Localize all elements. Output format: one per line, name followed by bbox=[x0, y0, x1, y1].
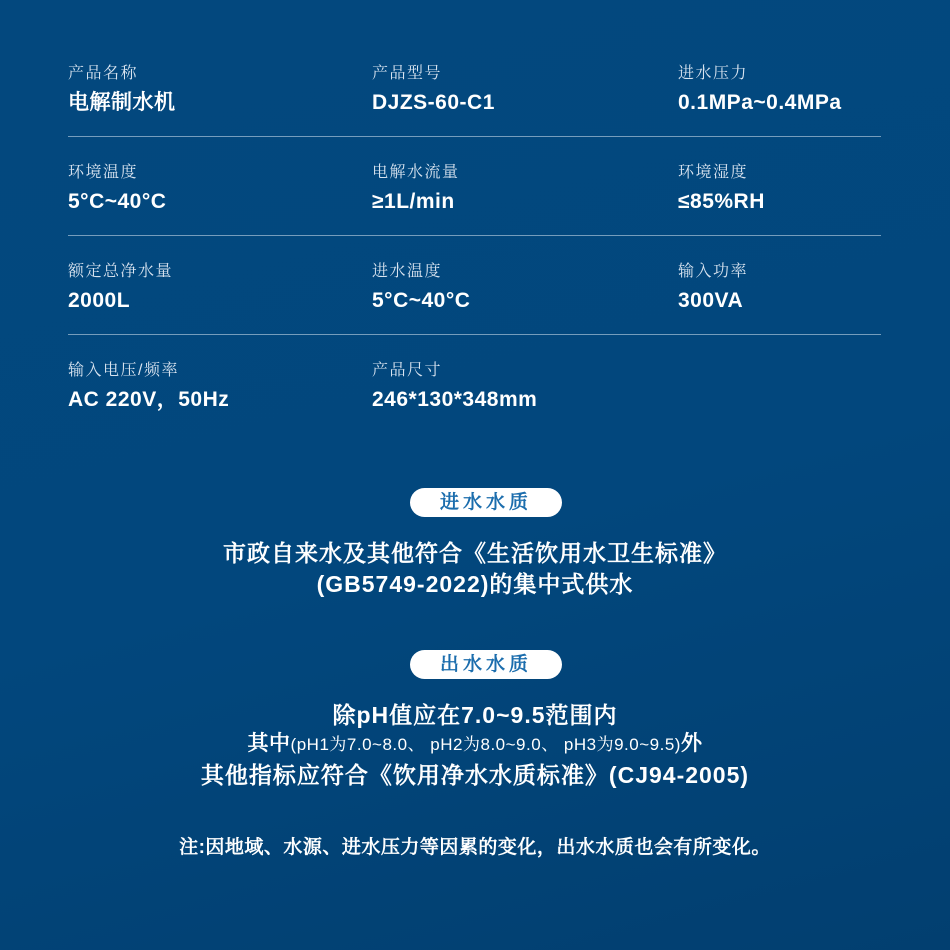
outlet-text-line2: 其中(pH1为7.0~8.0、 pH2为8.0~9.0、 pH3为9.0~9.5… bbox=[0, 730, 950, 760]
spec-cell-input-voltage-frequency: 输入电压/频率 AC 220V，50Hz bbox=[68, 361, 372, 413]
inlet-text-line2: (GB5749-2022)的集中式供水 bbox=[0, 569, 950, 600]
spec-cell-inlet-temperature: 进水温度 5°C~40°C bbox=[372, 262, 678, 314]
spec-value: 0.1MPa~0.4MPa bbox=[678, 90, 881, 116]
spec-value: 246*130*348mm bbox=[372, 387, 678, 413]
outlet-text-line1: 除pH值应在7.0~9.5范围内 bbox=[0, 700, 950, 730]
outlet-water-quality-badge: 出水水质 bbox=[410, 650, 562, 679]
spec-value: 300VA bbox=[678, 288, 881, 314]
spec-label: 额定总净水量 bbox=[68, 262, 372, 282]
spec-row: 输入电压/频率 AC 220V，50Hz 产品尺寸 246*130*348mm bbox=[68, 335, 881, 433]
spec-cell-rated-total-capacity: 额定总净水量 2000L bbox=[68, 262, 372, 314]
spec-cell-ambient-temperature: 环境温度 5°C~40°C bbox=[68, 163, 372, 215]
spec-label: 环境湿度 bbox=[678, 163, 881, 183]
spec-label: 输入功率 bbox=[678, 262, 881, 282]
spec-cell-inlet-pressure: 进水压力 0.1MPa~0.4MPa bbox=[678, 64, 881, 116]
spec-label: 电解水流量 bbox=[372, 163, 678, 183]
spec-value: ≥1L/min bbox=[372, 189, 678, 215]
spec-row: 产品名称 电解制水机 产品型号 DJZS-60-C1 进水压力 0.1MPa~0… bbox=[68, 0, 881, 137]
footnote: 注:因地域、水源、进水压力等因累的变化，出水水质也会有所变化。 bbox=[0, 835, 950, 861]
spec-cell-ambient-humidity: 环境湿度 ≤85%RH bbox=[678, 163, 881, 215]
spec-cell-product-dimensions: 产品尺寸 246*130*348mm bbox=[372, 361, 678, 413]
spec-value: 电解制水机 bbox=[68, 90, 372, 116]
outlet-water-quality-text: 除pH值应在7.0~9.5范围内 其中(pH1为7.0~8.0、 pH2为8.0… bbox=[0, 700, 950, 790]
spec-value: ≤85%RH bbox=[678, 189, 881, 215]
spec-value: DJZS-60-C1 bbox=[372, 90, 678, 116]
spec-label: 环境温度 bbox=[68, 163, 372, 183]
spec-cell-empty bbox=[678, 361, 881, 413]
spec-value: AC 220V，50Hz bbox=[68, 387, 372, 413]
spec-cell-product-name: 产品名称 电解制水机 bbox=[68, 64, 372, 116]
inlet-water-quality-text: 市政自来水及其他符合《生活饮用水卫生标准》 (GB5749-2022)的集中式供… bbox=[0, 538, 950, 600]
outlet-line2-detail: (pH1为7.0~8.0、 pH2为8.0~9.0、 pH3为9.0~9.5) bbox=[291, 735, 681, 754]
spec-cell-electrolyzed-flow: 电解水流量 ≥1L/min bbox=[372, 163, 678, 215]
spec-value: 5°C~40°C bbox=[372, 288, 678, 314]
spec-row: 环境温度 5°C~40°C 电解水流量 ≥1L/min 环境湿度 ≤85%RH bbox=[68, 137, 881, 236]
product-spec-sheet: 产品名称 电解制水机 产品型号 DJZS-60-C1 进水压力 0.1MPa~0… bbox=[0, 0, 950, 950]
spec-value: 2000L bbox=[68, 288, 372, 314]
spec-cell-input-power: 输入功率 300VA bbox=[678, 262, 881, 314]
spec-label: 进水压力 bbox=[678, 64, 881, 84]
spec-label: 进水温度 bbox=[372, 262, 678, 282]
spec-table: 产品名称 电解制水机 产品型号 DJZS-60-C1 进水压力 0.1MPa~0… bbox=[68, 0, 881, 433]
spec-label: 产品型号 bbox=[372, 64, 678, 84]
outlet-line2-prefix: 其中 bbox=[248, 732, 291, 755]
outlet-line2-suffix: 外 bbox=[681, 732, 703, 755]
inlet-water-quality-badge: 进水水质 bbox=[410, 488, 562, 517]
outlet-text-line3: 其他指标应符合《饮用净水水质标准》(CJ94-2005) bbox=[0, 760, 950, 790]
spec-label: 产品尺寸 bbox=[372, 361, 678, 381]
spec-label: 输入电压/频率 bbox=[68, 361, 372, 381]
inlet-text-line1: 市政自来水及其他符合《生活饮用水卫生标准》 bbox=[0, 538, 950, 569]
spec-cell-product-model: 产品型号 DJZS-60-C1 bbox=[372, 64, 678, 116]
spec-label: 产品名称 bbox=[68, 64, 372, 84]
spec-value: 5°C~40°C bbox=[68, 189, 372, 215]
spec-row: 额定总净水量 2000L 进水温度 5°C~40°C 输入功率 300VA bbox=[68, 236, 881, 335]
